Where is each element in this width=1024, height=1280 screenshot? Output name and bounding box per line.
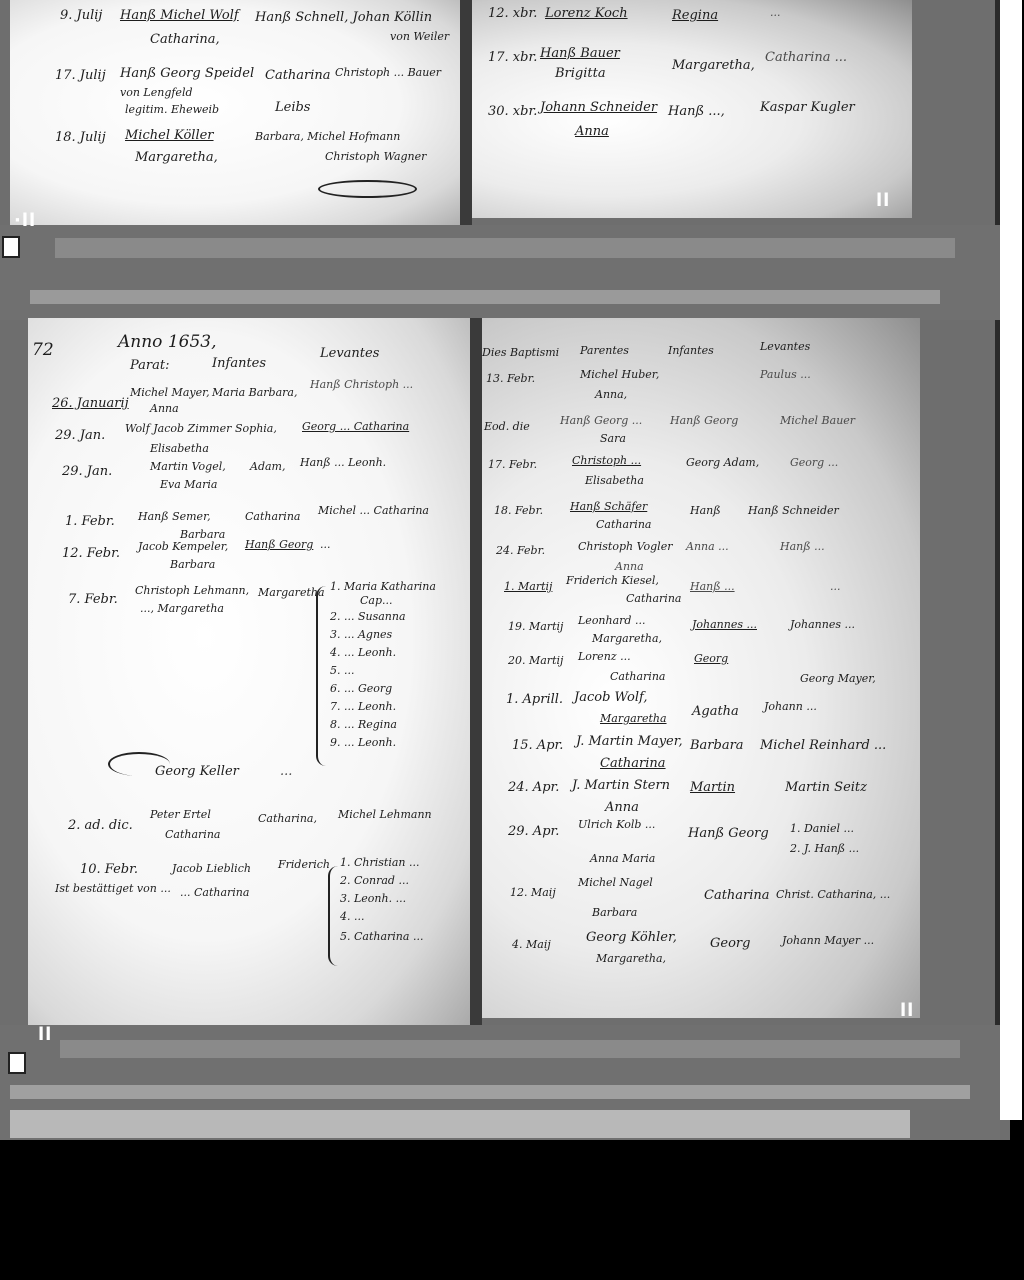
entry-parent: Catharina	[626, 592, 681, 605]
godparent-item: 8. ... Regina	[330, 718, 397, 731]
entry-parent: ..., Margaretha	[140, 602, 224, 615]
entry-godparent: Christ. Catharina, ...	[776, 888, 890, 901]
entry-infant: Hanß Georg	[670, 414, 738, 427]
entry-godparent: Barbara, Michel Hofmann	[255, 130, 400, 143]
entry-godparent: Martin Seitz	[785, 780, 867, 795]
entry-infant: Martin	[690, 780, 735, 795]
entry-parent: Hanß Georg ...	[560, 414, 642, 427]
entry-date: 30. xbr.	[488, 104, 537, 119]
entry-parent: Elisabetha	[150, 442, 209, 455]
entry-infant: Hanß Georg	[245, 538, 313, 551]
entry-infant: Hanß Georg	[688, 826, 769, 841]
godparent-item: 4. ...	[340, 910, 364, 923]
year-header: Anno 1653,	[118, 332, 216, 352]
entry-note: ...	[280, 764, 292, 779]
entry-parent: Martin Vogel,	[150, 460, 226, 473]
entry-godparent: Michel Reinhard ...	[760, 738, 886, 753]
entry-infant: Johannes ...	[692, 618, 757, 631]
entry-godparent: ...	[830, 580, 841, 593]
entry-infant: Georg	[710, 936, 750, 951]
entry-parent: Hanß Georg Speidel	[120, 66, 254, 81]
band-highlight	[10, 1085, 970, 1099]
entry-note: von Weiler	[390, 30, 449, 43]
entry-godparent: Christoph ... Bauer	[335, 66, 441, 79]
entry-parent: Barbara	[170, 558, 215, 571]
entry-parent: Jacob Kempeler,	[138, 540, 228, 553]
entry-parent: Barbara	[592, 906, 637, 919]
entry-parent: Margaretha,	[592, 632, 662, 645]
entry-parent: Michel Mayer,	[130, 386, 210, 399]
entry-infant: Margaretha	[258, 586, 325, 599]
entry-date: 24. Apr.	[508, 780, 559, 795]
entry-parent: Lorenz Koch	[545, 6, 628, 21]
entry-godparent: Christoph Wagner	[325, 150, 426, 163]
entry-parent: Catharina	[165, 828, 220, 841]
godparent-item: 2. ... Susanna	[330, 610, 406, 623]
entry-date: 24. Febr.	[496, 544, 545, 557]
godparent-item: 5. Catharina ...	[340, 930, 423, 943]
entry-parent: J. Martin Mayer,	[576, 734, 683, 749]
entry-date: 13. Febr.	[486, 372, 535, 385]
column-header-godparents: Levantes	[760, 340, 810, 353]
entry-date: 17. Febr.	[488, 458, 537, 471]
entry-parent: Anna	[615, 560, 644, 573]
column-header-parents: Parat:	[130, 358, 169, 373]
entry-parent: Sara	[600, 432, 626, 445]
entry-date: 17. xbr.	[488, 50, 537, 65]
entry-godparent: Georg ... Catharina	[302, 420, 409, 433]
band-highlight	[30, 290, 940, 304]
entry-godparent: Michel ... Catharina	[318, 504, 429, 517]
entry-note: Leibs	[275, 100, 310, 115]
godparent-item: 1. Maria Katharina	[330, 580, 436, 593]
godparent-item: Cap...	[360, 594, 393, 607]
entry-parent: Brigitta	[555, 66, 606, 81]
entry-date: 1. Aprill.	[506, 692, 563, 707]
entry-godparent: Michel Bauer	[780, 414, 855, 427]
entry-parent: Catharina	[600, 756, 666, 771]
entry-date: 10. Febr.	[80, 862, 138, 877]
entry-parent: Lorenz ...	[578, 650, 631, 663]
godparent-item: 6. ... Georg	[330, 682, 392, 695]
entry-parent: Friderich Kiesel,	[566, 574, 659, 587]
entry-godparent: Georg Mayer,	[800, 672, 876, 685]
frame-mark: ·ll	[14, 210, 36, 231]
entry-date: 4. Maij	[512, 938, 551, 951]
frame-mark: ll	[876, 190, 890, 211]
entry-parent: Anna	[605, 800, 639, 815]
entry-parent: Michel Nagel	[578, 876, 653, 889]
entry-parent: ... Catharina	[180, 886, 249, 899]
column-header-infants: Infantes	[668, 344, 714, 357]
entry-parent: legitim. Eheweib	[125, 103, 219, 116]
entry-note: Ist bestättiget von ...	[55, 882, 171, 895]
entry-godparent: Johann ...	[764, 700, 817, 713]
band-highlight	[55, 238, 955, 258]
godparent-item: 7. ... Leonh.	[330, 700, 396, 713]
entry-parent: Jacob Lieblich	[172, 862, 251, 875]
entry-date: 2. ad. dic.	[68, 818, 133, 833]
entry-parent: Margaretha,	[596, 952, 666, 965]
frame-mark: ll	[38, 1024, 52, 1045]
entry-infant: Catharina,	[258, 812, 317, 825]
entry-date: 18. Julij	[55, 130, 106, 145]
godparent-item: 1. Daniel ...	[790, 822, 854, 835]
entry-godparent: Johannes ...	[790, 618, 855, 631]
entry-parent: Ulrich Kolb ...	[578, 818, 655, 831]
entry-infant: Catharina	[704, 888, 770, 903]
entry-parent: Michel Huber,	[580, 368, 659, 381]
entry-infant: Adam,	[250, 460, 285, 473]
entry-date: Eod. die	[484, 420, 530, 433]
godparent-item: 9. ... Leonh.	[330, 736, 396, 749]
entry-parent: Georg Keller	[155, 764, 239, 779]
entry-parent: Margaretha	[600, 712, 667, 725]
column-header-infants: Infantes	[212, 356, 266, 371]
entry-parent: Catharina	[596, 518, 651, 531]
column-header-godparents: Levantes	[320, 346, 379, 361]
entry-godparent: Kaspar Kugler	[760, 100, 855, 115]
entry-infant: Maria Barbara,	[212, 386, 297, 399]
top-gutter	[460, 0, 472, 225]
godparent-brace	[328, 866, 340, 966]
entry-godparent: Catharina ...	[765, 50, 847, 65]
entry-infant: Regina	[672, 8, 718, 23]
entry-parent: Anna Maria	[590, 852, 655, 865]
entry-date: 9. Julij	[60, 8, 102, 23]
entry-parent: Anna	[575, 124, 609, 139]
entry-date: 20. Martij	[508, 654, 563, 667]
band-highlight	[60, 1040, 960, 1058]
entry-infant: Hanß ...	[690, 580, 735, 593]
entry-godparent: ...	[320, 538, 331, 551]
godparent-item: 5. ...	[330, 664, 354, 677]
godparent-brace	[316, 586, 328, 766]
entry-date: 1. Martij	[504, 580, 552, 593]
entry-parent: J. Martin Stern	[572, 778, 670, 793]
entry-parent: Georg Köhler,	[586, 930, 677, 945]
godparent-item: 4. ... Leonh.	[330, 646, 396, 659]
entry-parent: Hanß Schäfer	[570, 500, 647, 513]
godparent-item: 3. Leonh. ...	[340, 892, 406, 905]
entry-parent: Jacob Wolf,	[574, 690, 647, 705]
entry-date: 29. Jan.	[55, 428, 105, 443]
entry-infant: Catharina	[245, 510, 300, 523]
entry-parent: Leonhard ...	[578, 614, 645, 627]
entry-godparent: Hanß ...	[780, 540, 825, 553]
entry-date: 12. Febr.	[62, 546, 120, 561]
next-frame-edge	[10, 1110, 910, 1138]
entry-parent: Christoph Vogler	[578, 540, 672, 553]
entry-godparent: Paulus ...	[760, 368, 811, 381]
entry-godparent: ...	[770, 6, 781, 19]
entry-parent: Johann Schneider	[540, 100, 657, 115]
entry-godparent: Hanß Schnell, Johan Köllin	[255, 10, 432, 25]
entry-date: 15. Apr.	[512, 738, 563, 753]
entry-parent: Hanß Semer,	[138, 510, 211, 523]
godparent-item: 1. Christian ...	[340, 856, 419, 869]
entry-godparent: Hanß Christoph ...	[310, 378, 413, 391]
entry-parent: Anna,	[595, 388, 627, 401]
entry-parent: Elisabetha	[585, 474, 644, 487]
entry-date: 26. Januarij	[52, 396, 129, 411]
entry-infant: Friderich	[278, 858, 330, 871]
sprocket-hole	[8, 1052, 26, 1074]
entry-parent: Wolf Jacob Zimmer	[125, 422, 231, 435]
entry-parent: Catharina,	[150, 32, 220, 47]
entry-date: 29. Jan.	[62, 464, 112, 479]
entry-godparent: Georg ...	[790, 456, 838, 469]
entry-infant: Catharina	[265, 68, 331, 83]
entry-godparent: Hanß ... Leonh.	[300, 456, 386, 469]
entry-date: 19. Martij	[508, 620, 563, 633]
entry-parent: Catharina	[610, 670, 665, 683]
entry-date: 12. xbr.	[488, 6, 537, 21]
entry-parent: Anna	[150, 402, 179, 415]
entry-godparent: Johann Mayer ...	[782, 934, 874, 947]
entry-date: 18. Febr.	[494, 504, 543, 517]
entry-parent: Hanß Michel Wolf	[120, 8, 239, 23]
entry-parent: Peter Ertel	[150, 808, 211, 821]
entry-infant: Barbara	[690, 738, 744, 753]
entry-parent: von Lengfeld	[120, 86, 193, 99]
godparent-item: 2. J. Hanß ...	[790, 842, 859, 855]
entry-parent: Hanß Bauer	[540, 46, 620, 61]
entry-infant: Georg	[694, 652, 728, 665]
scan-background	[0, 1140, 1024, 1280]
entry-infant: Anna ...	[686, 540, 729, 553]
godparent-item: 2. Conrad ...	[340, 874, 409, 887]
bottom-gutter	[470, 318, 482, 1028]
entry-date: 17. Julij	[55, 68, 106, 83]
column-header-date: Dies Baptismi	[482, 346, 559, 359]
sprocket-hole	[2, 236, 20, 258]
entry-date: 7. Febr.	[68, 592, 118, 607]
frame-mark: ll	[900, 1000, 914, 1021]
film-edge	[1000, 0, 1022, 1120]
entry-infant: Hanß	[690, 504, 721, 517]
godparent-item: 3. ... Agnes	[330, 628, 392, 641]
entry-infant: Hanß ...,	[668, 104, 725, 119]
entry-godparent: Michel Lehmann	[338, 808, 432, 821]
entry-godparent: Hanß Schneider	[748, 504, 839, 517]
entry-infant: Agatha	[692, 704, 739, 719]
entry-date: 1. Febr.	[65, 514, 115, 529]
entry-date: 29. Apr.	[508, 824, 559, 839]
entry-parent: Michel Köller	[125, 128, 214, 143]
entry-parent: Eva Maria	[160, 478, 217, 491]
entry-date: 12. Maij	[510, 886, 556, 899]
entry-parent: Christoph Lehmann,	[135, 584, 249, 597]
entry-parent: Margaretha,	[135, 150, 218, 165]
end-flourish	[318, 180, 417, 198]
column-header-parents: Parentes	[580, 344, 629, 357]
page-number: 72	[32, 340, 54, 360]
entry-parent: Christoph ...	[572, 454, 641, 467]
entry-infant: Georg Adam,	[686, 456, 759, 469]
entry-infant: Sophia,	[235, 422, 277, 435]
entry-infant: Margaretha,	[672, 58, 755, 73]
